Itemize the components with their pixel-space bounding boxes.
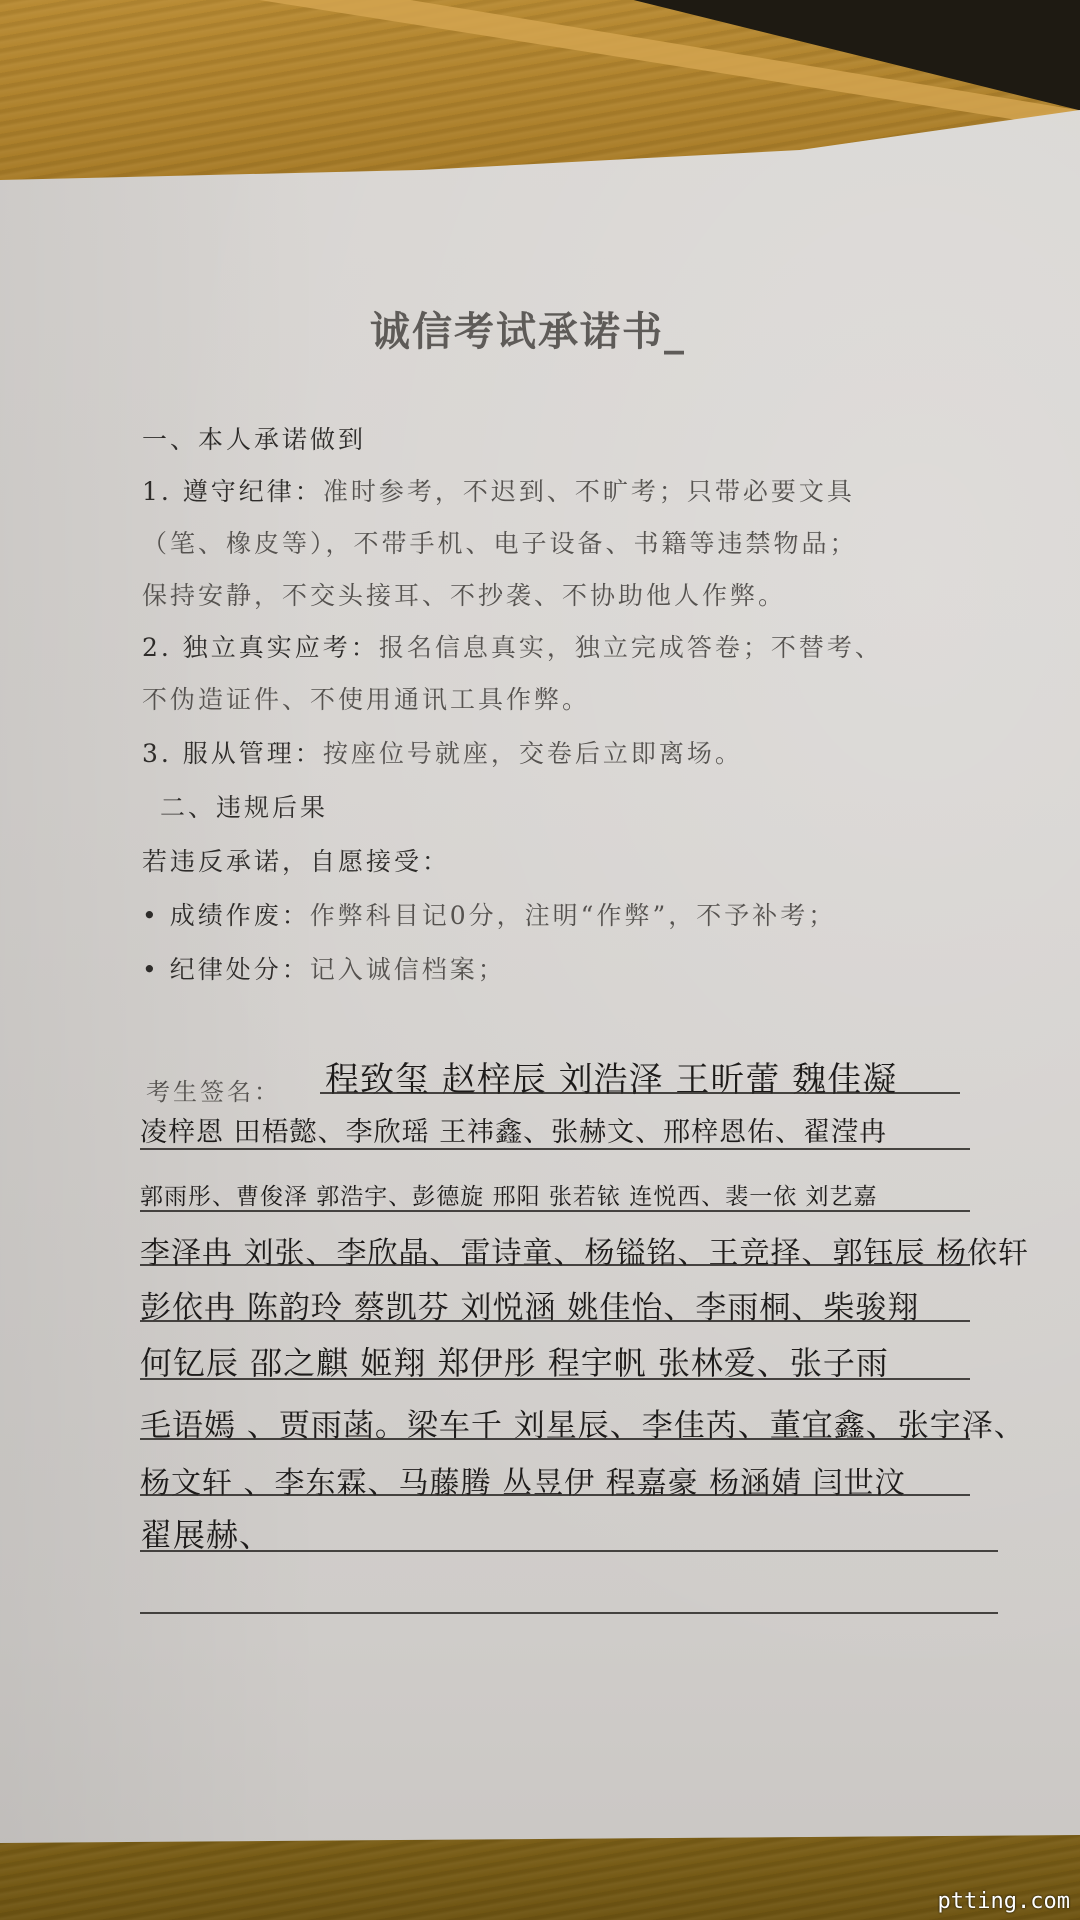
watermark: ptting.com [938,1889,1070,1914]
bullet-dot-icon: • [142,955,160,984]
signature-underline [140,1264,970,1266]
item3-line1: 3. 服从管理：按座位号就座，交卷后立即离场。 [142,734,743,770]
document-content: 诚信考试承诺书_ 一、本人承诺做到 1. 遵守纪律：准时参考，不迟到、不旷考；只… [0,0,1080,1920]
signature-underline [140,1550,998,1552]
item1-lead: 1. 遵守纪律： [142,477,323,506]
signature-row-2: 凌梓恩 田梧懿、李欣瑶 王祎鑫、张赫文、邢梓恩佑、翟滢冉 [140,1110,990,1149]
signature-underline [320,1092,960,1094]
signature-underline [140,1378,970,1380]
item2-line2: 不伪造证件、不使用通讯工具作弊。 [142,680,590,716]
empty-signature-line [140,1612,998,1614]
item1-line1: 1. 遵守纪律：准时参考，不迟到、不旷考；只带必要文具 [142,472,855,508]
bullet-dot-icon: • [142,901,160,930]
item2-lead: 2. 独立真实应考： [142,633,379,662]
signature-label: 考生签名： [146,1072,281,1107]
consequence-bullet-2: •纪律处分：记入诚信档案； [142,950,506,986]
signature-underline [140,1148,970,1150]
signature-underline [140,1210,970,1212]
signature-underline [140,1494,970,1496]
section1-heading: 一、本人承诺做到 [142,420,366,456]
item2-line1: 2. 独立真实应考：报名信息真实，独立完成答卷；不替考、 [142,628,883,664]
document-title: 诚信考试承诺书_ [370,300,686,357]
item1-line3: 保持安静，不交头接耳、不抄袭、不协助他人作弊。 [142,576,786,612]
signature-underline [140,1320,970,1322]
item3-lead: 3. 服从管理： [142,739,323,768]
item1-line2: （笔、橡皮等），不带手机、电子设备、书籍等违禁物品； [142,524,858,560]
signature-underline [140,1438,970,1440]
section2-intro: 若违反承诺，自愿接受： [142,842,450,878]
signature-row-3: 郭雨彤、曹俊泽 郭浩宇、彭德旋 邢阳 张若铱 连悦西、裴一依 刘艺嘉 [140,1178,990,1211]
section2-heading: 二、违规后果 [160,788,328,824]
consequence-bullet-1: •成绩作废：作弊科目记0分，注明“作弊”，不予补考； [142,896,836,932]
